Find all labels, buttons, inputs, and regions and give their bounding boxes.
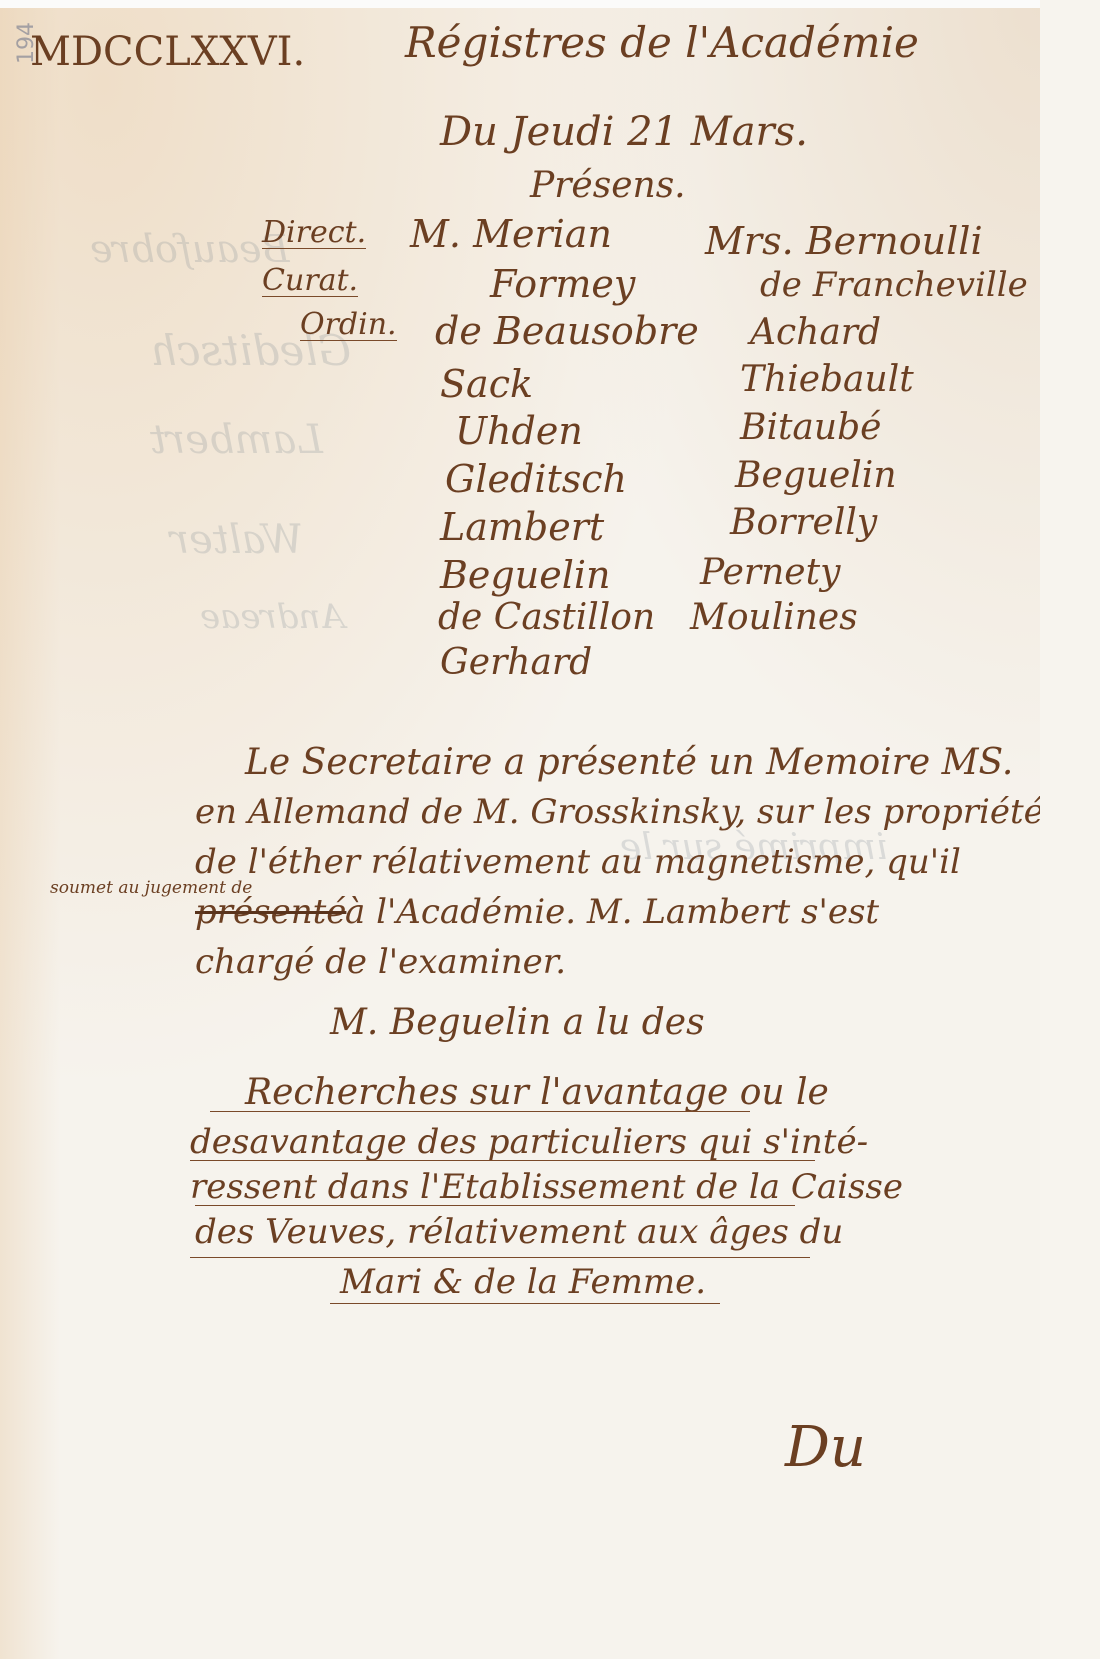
role-ordinary: Ordin. — [300, 310, 397, 341]
member-name: Beguelin — [440, 556, 610, 594]
underline — [210, 1111, 750, 1112]
bleed-through-text: Andreae — [200, 600, 345, 634]
member-name: de Francheville — [760, 268, 1028, 302]
member-name: Gleditsch — [445, 460, 627, 498]
member-name: Gerhard — [440, 645, 592, 681]
year-numeral: MDCCLXXVI. — [30, 32, 305, 72]
paragraph-line: en Allemand de M. Grosskinsky, sur les p… — [195, 795, 1040, 829]
manuscript-page: Beaufobre Gleditsch Lambert Walter Andre… — [0, 0, 1040, 1659]
session-date: Du Jeudi 21 Mars. — [440, 112, 808, 152]
paragraph-line: présenté — [195, 895, 346, 929]
underline — [190, 1160, 815, 1161]
member-name: M. Merian — [410, 215, 612, 253]
member-name: Bitaubé — [740, 410, 881, 446]
memoir-title-line: des Veuves, rélativement aux âges du — [195, 1215, 843, 1249]
member-name: Pernety — [700, 555, 840, 591]
folio-number: 194 — [16, 22, 38, 64]
paragraph-line: chargé de l'examiner. — [195, 945, 566, 979]
page-title: Régistres de l'Académie — [405, 22, 919, 64]
memoir-title-line: Recherches sur l'avantage ou le — [245, 1075, 829, 1111]
member-name: Beguelin — [735, 458, 897, 494]
member-name: Achard — [750, 315, 881, 351]
underline — [190, 1257, 810, 1258]
member-name: Moulines — [690, 600, 858, 636]
paragraph-line: Le Secretaire a présenté un Memoire MS. — [245, 745, 1013, 781]
role-director: Direct. — [262, 218, 366, 249]
member-name: Lambert — [440, 508, 604, 546]
paragraph-line: de l'éther rélativement au magnetisme, q… — [195, 845, 961, 879]
catchword: Du — [785, 1420, 866, 1476]
bleed-through-text: Lambert — [150, 420, 323, 460]
member-name: de Castillon — [438, 600, 655, 636]
member-name: de Beausobre — [435, 312, 699, 350]
underline — [195, 1205, 795, 1206]
reading-intro: M. Beguelin a lu des — [330, 1005, 705, 1041]
memoir-title-line: Mari & de la Femme. — [340, 1265, 706, 1299]
member-name: Formey — [490, 265, 635, 303]
member-name: Sack — [440, 365, 533, 403]
member-name: Mrs. Bernoulli — [705, 222, 983, 260]
memoir-title-line: ressent dans l'Etablissement de la Caiss… — [190, 1170, 903, 1204]
bleed-through-text: Walter — [170, 520, 303, 560]
member-name: Thiebault — [740, 362, 914, 398]
page-top-edge — [0, 0, 1040, 8]
member-name: Borrelly — [730, 505, 877, 541]
role-curator: Curat. — [262, 266, 358, 297]
present-heading: Présens. — [530, 168, 686, 204]
struck-word: présenté — [195, 892, 346, 932]
member-name: Uhden — [455, 412, 583, 450]
bleed-through-text: Beaufobre — [90, 230, 289, 268]
memoir-title-line: desavantage des particuliers qui s'inté- — [190, 1125, 868, 1159]
underline — [330, 1303, 720, 1304]
paragraph-line: à l'Académie. M. Lambert s'est — [345, 895, 879, 929]
